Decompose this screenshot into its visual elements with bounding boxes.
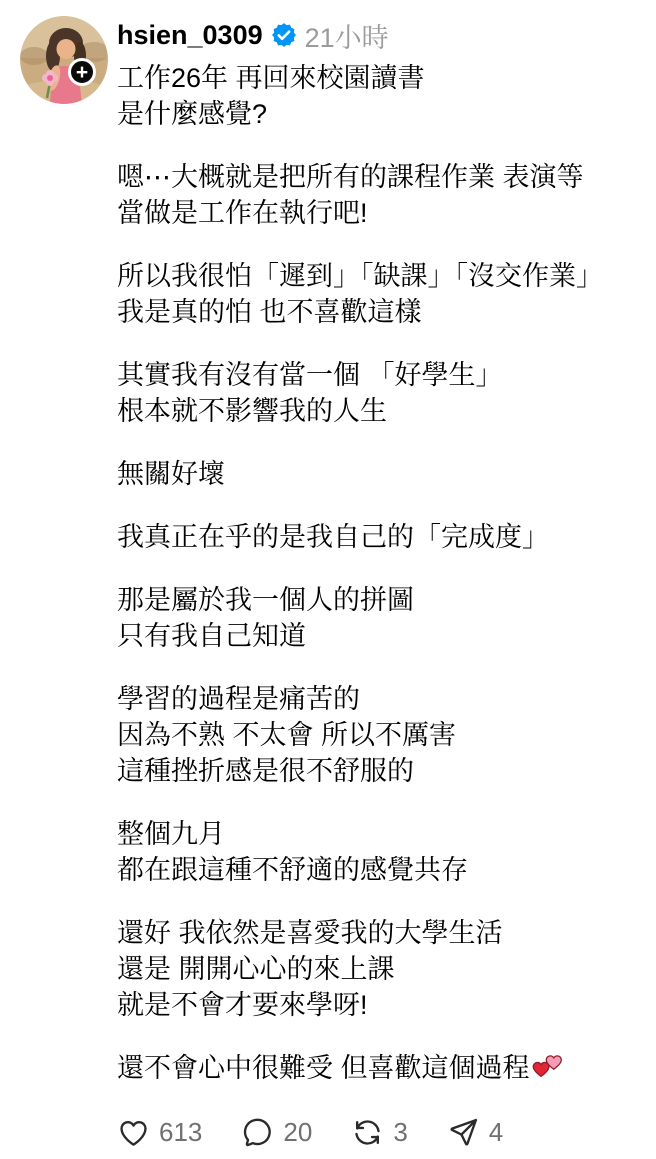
send-icon <box>447 1116 480 1149</box>
post-paragraph: 學習的過程是痛苦的 因為不熟 不太會 所以不厲害 這種挫折感是很不舒服的 <box>117 681 648 789</box>
post-paragraph: 還不會心中很難受 但喜歡這個過程 <box>117 1050 648 1086</box>
post-paragraph: 無關好壞 <box>117 456 648 492</box>
timestamp: 21小時 <box>305 16 389 55</box>
avatar-photo <box>20 16 108 104</box>
heart-icon <box>117 1116 150 1149</box>
comment-button[interactable]: 20 <box>241 1116 312 1149</box>
action-bar: 613 20 3 <box>117 1116 648 1149</box>
verified-badge-icon <box>271 22 297 48</box>
comment-icon <box>241 1116 274 1149</box>
post-paragraph: 其實我有沒有當一個 「好學生」 根本就不影響我的人生 <box>117 357 648 429</box>
like-button[interactable]: 613 <box>117 1116 202 1149</box>
post-paragraph: 我真正在乎的是我自己的「完成度」 <box>117 519 648 555</box>
comment-count: 20 <box>283 1117 312 1148</box>
follow-plus-button[interactable]: + <box>68 58 96 86</box>
username[interactable]: hsien_0309 <box>117 20 263 51</box>
post-paragraph: 還好 我依然是喜愛我的大學生活 還是 開開心心的來上課 就是不會才要來學呀! <box>117 915 648 1023</box>
avatar[interactable]: + <box>20 16 108 104</box>
two-hearts-emoji <box>532 1053 564 1081</box>
thread-post: + hsien_0309 21小時 工作26年 再回來校園讀書 是什麼感覺?嗯⋯… <box>0 0 656 1149</box>
share-button[interactable]: 4 <box>447 1116 503 1149</box>
post-paragraph: 工作26年 再回來校園讀書 是什麼感覺? <box>117 60 648 132</box>
post-content: hsien_0309 21小時 工作26年 再回來校園讀書 是什麼感覺?嗯⋯大概… <box>117 16 648 1149</box>
post-paragraph: 整個九月 都在跟這種不舒適的感覺共存 <box>117 816 648 888</box>
avatar-column: + <box>20 16 117 1149</box>
post-paragraph: 嗯⋯大概就是把所有的課程作業 表演等 當做是工作在執行吧! <box>117 159 648 231</box>
post-paragraph: 所以我很怕「遲到」「缺課」「沒交作業」 我是真的怕 也不喜歡這樣 <box>117 258 648 330</box>
post-body: 工作26年 再回來校園讀書 是什麼感覺?嗯⋯大概就是把所有的課程作業 表演等 當… <box>117 60 648 1086</box>
post-header: hsien_0309 21小時 <box>117 16 648 54</box>
repost-count: 3 <box>393 1117 407 1148</box>
post-paragraph: 那是屬於我一個人的拼圖 只有我自己知道 <box>117 582 648 654</box>
like-count: 613 <box>159 1117 202 1148</box>
repost-button[interactable]: 3 <box>351 1116 407 1149</box>
repost-icon <box>351 1116 384 1149</box>
share-count: 4 <box>489 1117 503 1148</box>
